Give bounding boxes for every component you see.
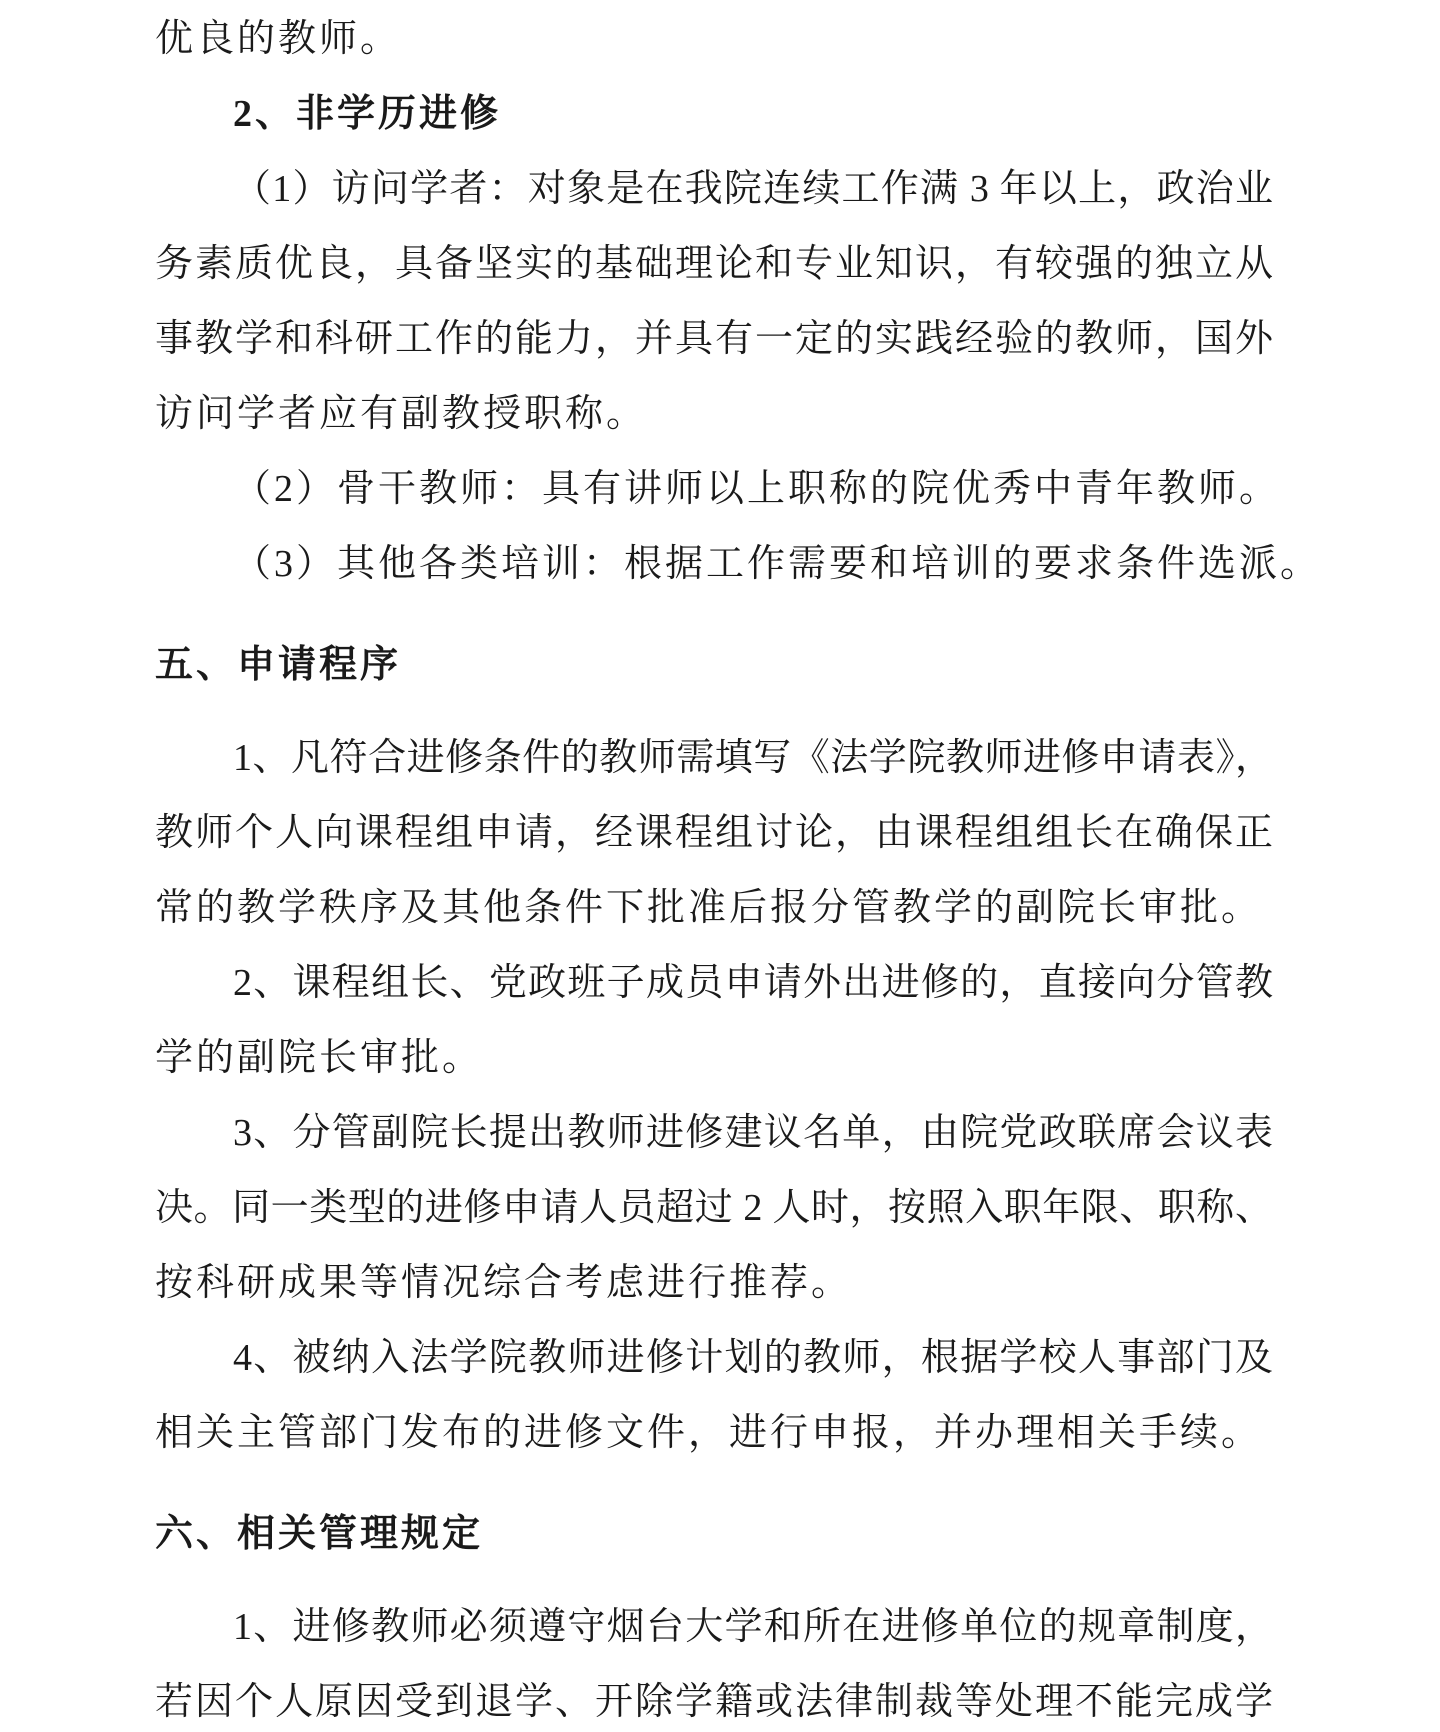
visiting-scholar-line-4: 访问学者应有副教授职称。 [155,377,1273,452]
procedure-4-line-2: 相关主管部门发布的进修文件，进行申报，并办理相关手续。 [155,1396,1273,1471]
procedure-1-line-1: 1、凡符合进修条件的教师需填写《法学院教师进修申请表》， [155,721,1273,796]
visiting-scholar-line-1: （1）访问学者：对象是在我院连续工作满 3 年以上，政治业 [155,152,1273,227]
other-training-line: （3）其他各类培训：根据工作需要和培训的要求条件选派。 [155,527,1273,602]
procedure-2-line-2: 学的副院长审批。 [155,1021,1273,1096]
paragraph-continuation-line: 优良的教师。 [155,2,1273,77]
rule-1-line-1: 1、进修教师必须遵守烟台大学和所在进修单位的规章制度， [155,1590,1273,1665]
backbone-teacher-line: （2）骨干教师：具有讲师以上职称的院优秀中青年教师。 [155,452,1273,527]
rule-1-line-2: 若因个人原因受到退学、开除学籍或法律制裁等处理不能完成学 [155,1665,1273,1732]
procedure-1-line-3: 常的教学秩序及其他条件下批准后报分管教学的副院长审批。 [155,871,1273,946]
subheading-non-degree-training: 2、非学历进修 [155,77,1273,152]
document-body: 优良的教师。 2、非学历进修 （1）访问学者：对象是在我院连续工作满 3 年以上… [155,2,1273,1732]
section-heading-application-procedure: 五、申请程序 [155,628,1273,703]
document-page: 优良的教师。 2、非学历进修 （1）访问学者：对象是在我院连续工作满 3 年以上… [0,0,1440,1732]
procedure-3-line-1: 3、分管副院长提出教师进修建议名单，由院党政联席会议表 [155,1096,1273,1171]
procedure-1-line-2: 教师个人向课程组申请，经课程组讨论，由课程组组长在确保正 [155,796,1273,871]
section-heading-management-rules: 六、相关管理规定 [155,1497,1273,1572]
visiting-scholar-line-2: 务素质优良，具备坚实的基础理论和专业知识，有较强的独立从 [155,227,1273,302]
visiting-scholar-line-3: 事教学和科研工作的能力，并具有一定的实践经验的教师，国外 [155,302,1273,377]
procedure-4-line-1: 4、被纳入法学院教师进修计划的教师，根据学校人事部门及 [155,1321,1273,1396]
procedure-2-line-1: 2、课程组长、党政班子成员申请外出进修的，直接向分管教 [155,946,1273,1021]
procedure-3-line-3: 按科研成果等情况综合考虑进行推荐。 [155,1246,1273,1321]
procedure-3-line-2: 决。同一类型的进修申请人员超过 2 人时，按照入职年限、职称、 [155,1171,1273,1246]
